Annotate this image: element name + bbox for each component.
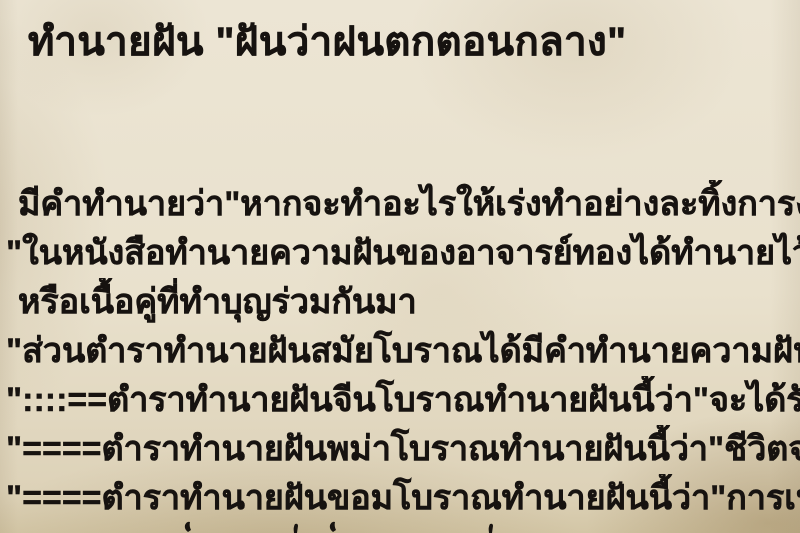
text-line-4: "ส่วนตำราทำนายฝันสมัยโบราณได้มีคำทำนายคว… [6,327,800,376]
text-line-7: "====ตำราทำนายฝันขอมโบราณทำนายฝันนี้ว่า"… [6,474,800,523]
text-line-3: หรือเนื้อคู่ที่ทำบุญร่วมกันมา [6,278,800,327]
body-text: มีคำทำนายว่า"หากจะทำอะไรให้เร่งทำอย่างละ… [6,180,800,523]
tone-mark-icon [294,524,298,533]
tone-mark-icon [489,524,493,533]
text-line-1: มีคำทำนายว่า"หากจะทำอะไรให้เร่งทำอย่างละ… [6,180,800,229]
text-line-5: "::::==ตำราทำนายฝันจีนโบราณทำนายฝันนี้ว่… [6,376,800,425]
tone-mark-icon [185,522,191,532]
partial-next-line-tone-marks [0,519,800,533]
paper-background: ทำนายฝัน "ฝันว่าฝนตกตอนกลาง" มีคำทำนายว่… [0,0,800,533]
text-line-2: "ในหนังสือทำนายความฝันของอาจารย์ทองได้ทำ… [6,229,800,278]
tone-mark-icon [330,522,336,532]
text-line-6: "====ตำราทำนายฝันพม่าโบราณทำนายฝันนี้ว่า… [6,425,800,474]
page-title: ทำนายฝัน "ฝันว่าฝนตกตอนกลาง" [28,14,627,70]
